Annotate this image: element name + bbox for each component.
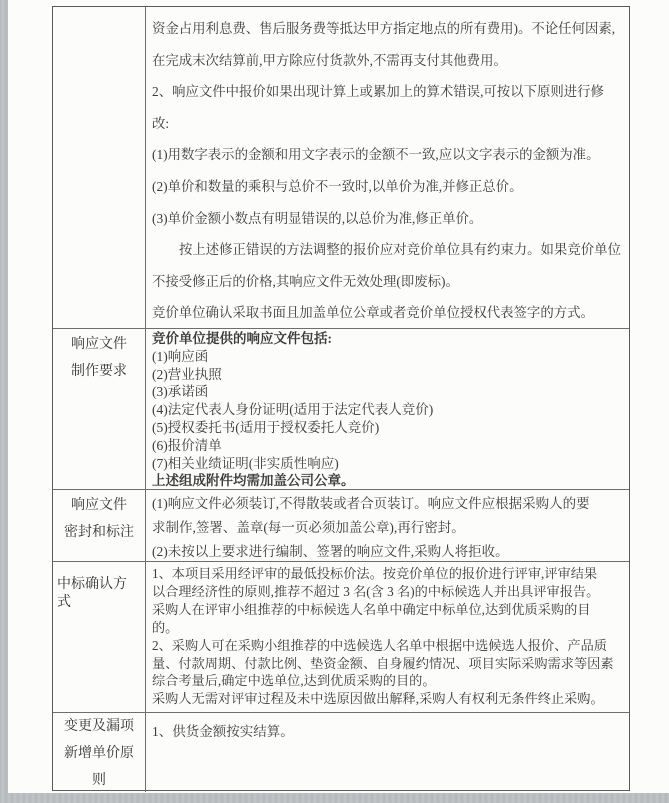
text-line: 的。 <box>152 619 627 637</box>
text-line: (2)营业执照 <box>152 366 627 384</box>
table-row-sealing-and-marking: 响应文件密封和标注 (1)响应文件必须装订,不得散装或者合页装订。响应文件应根据… <box>53 489 629 561</box>
text-line: 以合理经济性的原则,推荐不超过 3 名(含 3 名)的中标候选人并出具评审报告。 <box>152 583 627 601</box>
text-line: 新增单价原 <box>53 740 145 767</box>
row-label: 响应文件制作要求 <box>53 329 146 489</box>
text-line: (6)报价清单 <box>152 437 627 455</box>
text-line: 不接受修正后的价格,其响应文件无效处理(即废标)。 <box>152 266 627 298</box>
document-page: 资金占用利息费、售后服务费等抵达甲方指定地点的所有费用)。不论任何因素,在完成末… <box>8 0 669 793</box>
text-line: (3)承诺函 <box>152 383 627 401</box>
text-line: 变更及漏项 <box>53 713 145 740</box>
text-line: (1)响应文件必须装订,不得散装或者合页装订。响应文件应根据采购人的要 <box>152 492 627 516</box>
text-line: 2、采购人可在采购小组推荐的中选候选人名单中根据中选候选人报价、产品质 <box>152 637 627 655</box>
text-line: (7)相关业绩证明(非实质性响应) <box>152 455 627 473</box>
row-content: 资金占用利息费、售后服务费等抵达甲方指定地点的所有费用)。不论任何因素,在完成末… <box>146 7 629 328</box>
text-line: 1、供货金额按实结算。 <box>152 723 627 741</box>
text-line: 在完成末次结算前,甲方除应付货款外,不需再支付其他费用。 <box>152 45 627 77</box>
text-line: 响应文件 <box>53 331 145 358</box>
text-line: 制作要求 <box>53 358 145 385</box>
text-line: 竞价单位确认采取书面且加盖单位公章或者竞价单位授权代表签字的方式。 <box>152 297 627 328</box>
text-line: (5)授权委托书(适用于授权委托人竞价) <box>152 419 627 437</box>
text-line: 响应文件 <box>53 492 145 519</box>
text-line: 中标确认方 <box>57 576 145 594</box>
text-line: 则 <box>53 767 145 792</box>
text-line: 2、响应文件中报价如果出现计算上或累加上的算术错误,可按以下原则进行修 <box>152 76 627 108</box>
table-row-response-doc-requirements: 响应文件制作要求 竞价单位提供的响应文件包括:(1)响应函(2)营业执照(3)承… <box>53 328 629 489</box>
page-background: { "page": { "paper_color": "#fcfcfb", "b… <box>0 0 669 803</box>
table-row-price-correction: 资金占用利息费、售后服务费等抵达甲方指定地点的所有费用)。不论任何因素,在完成末… <box>53 7 629 328</box>
row-content: 竞价单位提供的响应文件包括:(1)响应函(2)营业执照(3)承诺函(4)法定代表… <box>146 329 629 489</box>
text-line: 求制作,签署、盖章(每一页必须加盖公章),再行密封。 <box>152 516 627 540</box>
text-line: (3)单价金额小数点有明显错误的,以总价为准,修正单价。 <box>152 203 627 235</box>
row-label <box>53 7 146 328</box>
table-row-change-and-omission: 变更及漏项新增单价原则 1、供货金额按实结算。 <box>53 712 629 792</box>
text-line: 式 <box>57 594 145 612</box>
text-line: 按上述修正错误的方法调整的报价应对竞价单位具有约束力。如果竞价单位 <box>152 234 627 266</box>
text-line: 资金占用利息费、售后服务费等抵达甲方指定地点的所有费用)。不论任何因素, <box>152 13 627 45</box>
rules-table: 资金占用利息费、售后服务费等抵达甲方指定地点的所有费用)。不论任何因素,在完成末… <box>52 6 630 791</box>
text-line: (4)法定代表人身份证明(适用于法定代表人竞价) <box>152 401 627 419</box>
table-row-award-confirmation: 中标确认方式 1、本项目采用经评审的最低投标价法。按竞价单位的报价进行评审,评审… <box>53 561 629 712</box>
text-line: (1)响应函 <box>152 348 627 366</box>
text-line: 量、付款周期、付款比例、垫资金额、自身履约情况、项目实际采购需求等因素 <box>152 655 627 673</box>
text-line: 综合考量后,确定中选单位,达到优质采购的目的。 <box>152 672 627 690</box>
row-label: 响应文件密封和标注 <box>53 490 146 561</box>
row-label: 中标确认方式 <box>53 562 146 712</box>
text-line: 1、本项目采用经评审的最低投标价法。按竞价单位的报价进行评审,评审结果 <box>152 565 627 583</box>
row-content: (1)响应文件必须装订,不得散装或者合页装订。响应文件应根据采购人的要求制作,签… <box>146 490 629 561</box>
text-line: 竞价单位提供的响应文件包括: <box>152 330 627 348</box>
row-content: 1、本项目采用经评审的最低投标价法。按竞价单位的报价进行评审,评审结果以合理经济… <box>146 562 629 712</box>
text-line: 采购人在评审小组推荐的中标候选人名单中确定中标单位,达到优质采购的目 <box>152 601 627 619</box>
row-label: 变更及漏项新增单价原则 <box>53 713 146 792</box>
text-line: 改: <box>152 108 627 140</box>
text-line: 采购人无需对评审过程及未中选原因做出解释,采购人有权利无条件终止采购。 <box>152 690 627 708</box>
text-line: (2)未按以上要求进行编制、签署的响应文件,采购人将拒收。 <box>152 540 627 561</box>
text-line: 密封和标注 <box>53 519 145 546</box>
text-line: 上述组成附件均需加盖公司公章。 <box>152 472 627 489</box>
row-content: 1、供货金额按实结算。 <box>146 713 629 792</box>
text-line: (2)单价和数量的乘积与总价不一致时,以单价为准,并修正总价。 <box>152 171 627 203</box>
text-line: (1)用数字表示的金额和用文字表示的金额不一致,应以文字表示的金额为准。 <box>152 139 627 171</box>
